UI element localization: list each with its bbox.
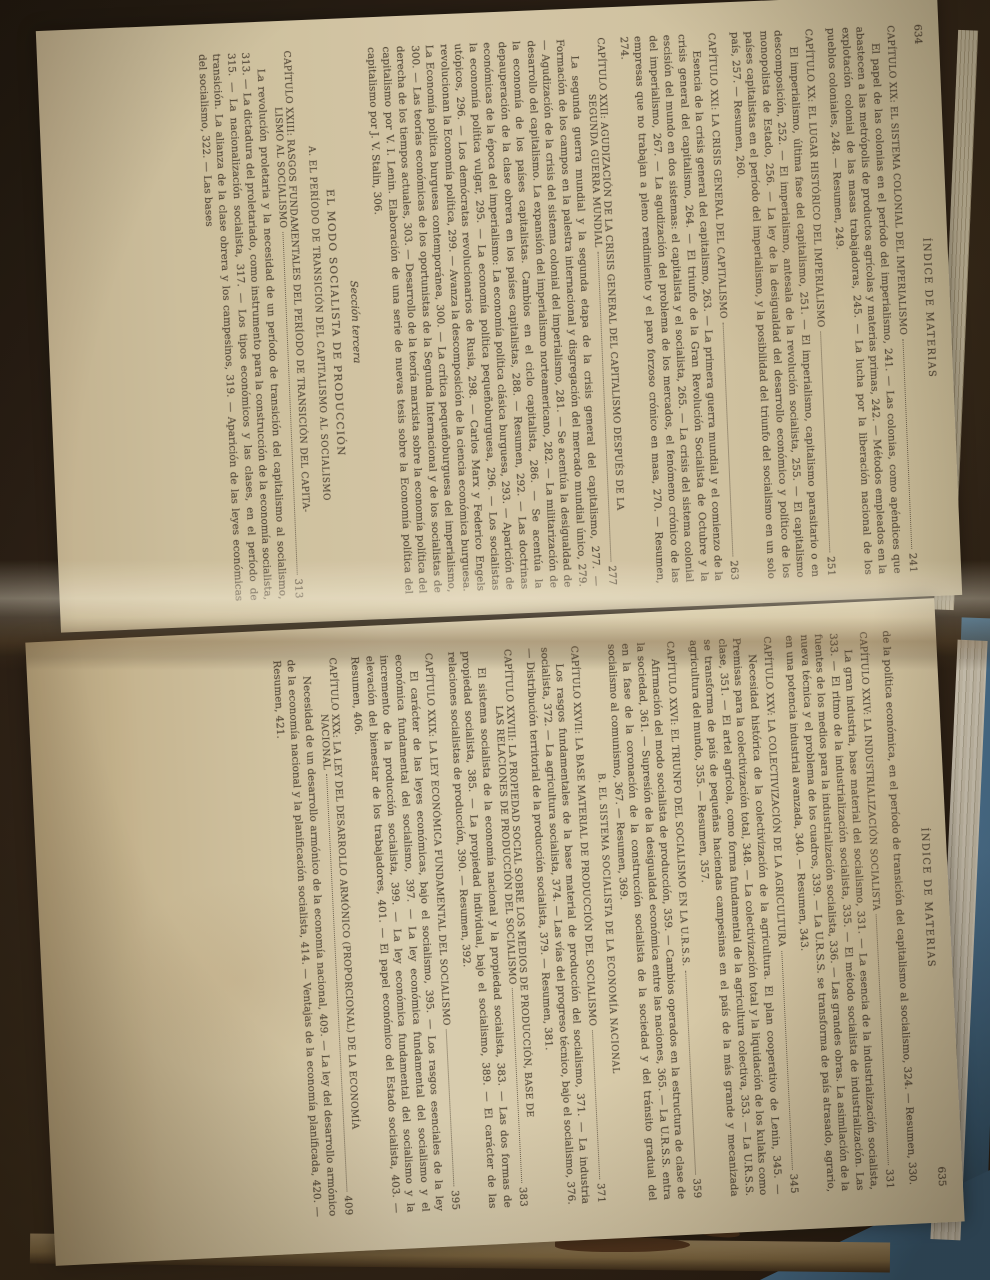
chapter-page-number: 371 <box>595 1183 607 1204</box>
toc-chapter: CAPÍTULO XXIX: LA LEY ECONÓMICA FUNDAMEN… <box>347 653 461 1215</box>
page-635-paper: ÍNDICE DE MATERIAS 635 de la política ec… <box>25 598 964 1266</box>
page-634-paper: 634 ÍNDICE DE MATERIAS CAPÍTULO XIX: EL … <box>36 0 962 633</box>
book-photo: 634 ÍNDICE DE MATERIAS CAPÍTULO XIX: EL … <box>0 0 990 1280</box>
toc-chapter: CAPÍTULO XXVIII: LA PROPIEDAD SOCIAL SOB… <box>444 649 540 1210</box>
page-634-text: 634 ÍNDICE DE MATERIAS CAPÍTULO XIX: EL … <box>36 0 962 633</box>
chapter-page-number: 263 <box>728 560 740 580</box>
chapter-page-number: 409 <box>342 1195 354 1216</box>
toc-chapter: CAPÍTULO XXII: AGUDIZACIÓN DE LA CRISIS … <box>364 37 629 595</box>
chapter-page-number: 331 <box>884 1169 896 1190</box>
dot-leader <box>686 970 697 1174</box>
dot-leader <box>902 339 912 549</box>
chapter-page-number: 277 <box>606 565 618 585</box>
page-number: 635 <box>935 1166 948 1187</box>
chapter-page-number: 345 <box>787 1173 799 1194</box>
chapter-page-number: 251 <box>824 556 836 576</box>
toc-chapter: CAPÍTULO XXX: LA LEY DEL DESARROLLO ARMÓ… <box>269 657 365 1218</box>
page-number: 634 <box>911 24 924 45</box>
dot-leader <box>781 951 793 1170</box>
dot-leader <box>592 1030 600 1179</box>
chapter-page-number: 395 <box>449 1190 461 1211</box>
dot-leader <box>446 1030 455 1187</box>
toc-chapter: CAPÍTULO XXIII: RASGOS FUNDAMENTALES DEL… <box>194 50 314 602</box>
page-635: ÍNDICE DE MATERIAS 635 de la política ec… <box>40 620 950 1244</box>
toc-chapter: CAPÍTULO XX: EL LUGAR HISTÓRICO DEL IMPE… <box>727 29 836 580</box>
chapter-page-number: 241 <box>906 553 918 573</box>
toc-chapter: CAPÍTULO XXV: LA COLECTIVIZACIÓN DE LA A… <box>685 636 799 1198</box>
running-title: ÍNDICE DE MATERIAS <box>912 44 945 572</box>
chapter-page-number: 383 <box>516 1187 528 1208</box>
toc-chapter: CAPÍTULO XXIV: LA INDUSTRIALIZACIÓN SOCI… <box>782 631 896 1193</box>
chapter-page-number: 313 <box>292 578 304 598</box>
dot-leader <box>820 332 830 553</box>
chapter-page-number: 359 <box>691 1178 703 1199</box>
chapter-body: La segunda guerra mundial y la segunda e… <box>364 38 604 595</box>
toc-entries: de la política económica, en el período … <box>269 630 920 1218</box>
page-634: 634 ÍNDICE DE MATERIAS CAPÍTULO XIX: EL … <box>48 12 950 614</box>
page-header: 634 ÍNDICE DE MATERIAS <box>911 24 946 572</box>
toc-entries: CAPÍTULO XIX: EL SISTEMA COLONIAL DEL IM… <box>194 25 918 602</box>
page-635-text: ÍNDICE DE MATERIAS 635 de la política ec… <box>25 598 964 1266</box>
toc-chapter: CAPÍTULO XIX: EL SISTEMA COLONIAL DEL IM… <box>823 25 918 576</box>
toc-chapter: CAPÍTULO XXI: LA CRISIS GENERAL DEL CAPI… <box>616 33 740 585</box>
dot-leader <box>723 323 734 557</box>
